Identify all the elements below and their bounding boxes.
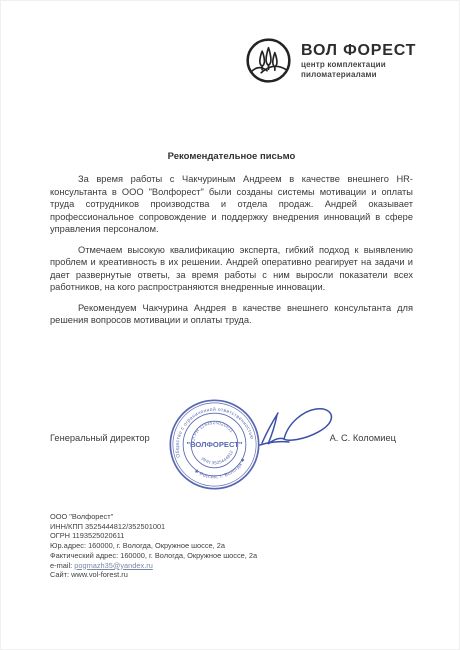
director-name: А. С. Коломиец [330, 433, 396, 443]
footer-ogrn: ОГРН 1193525020611 [50, 531, 257, 541]
trees-circle-icon [245, 37, 292, 84]
footer-site-label: Сайт: [50, 570, 71, 579]
logo-name: ВОЛ ФОРЕСТ [301, 42, 416, 60]
letter-paragraph-3: Рекомендуем Чакчурина Андрея в качестве … [50, 302, 413, 327]
letter-body: Рекомендательное письмо За время работы … [50, 151, 413, 335]
company-logo: ВОЛ ФОРЕСТ центр комплектации пиломатери… [245, 37, 416, 84]
company-stamp: Общество с ограниченной ответственностью… [167, 397, 262, 492]
logo-subtitle-line1: центр комплектации [301, 60, 416, 70]
email-link[interactable]: pogmazh35@yandex.ru [74, 561, 153, 570]
logo-subtitle-line2: пиломатериалами [301, 70, 416, 80]
stamp-center-text: "ВОЛФОРЕСТ" [187, 440, 243, 449]
director-position-label: Генеральный директор [50, 433, 150, 443]
letter-title: Рекомендательное письмо [50, 151, 413, 162]
letter-paragraph-1: За время работы с Чакчуриным Андреем в к… [50, 173, 413, 236]
letter-paragraph-2: Отмечаем высокую квалификацию эксперта, … [50, 244, 413, 294]
footer-email-label: e-mail: [50, 561, 74, 570]
footer-requisites: ООО "Волфорест" ИНН/КПП 3525444812/35250… [50, 512, 257, 580]
footer-legal-address: Юр.адрес: 160000, г. Вологда, Окружное ш… [50, 541, 257, 551]
footer-company: ООО "Волфорест" [50, 512, 257, 522]
footer-site-value: www.vol-forest.ru [71, 570, 128, 579]
footer-actual-address: Фактический адрес: 160000, г. Вологда, О… [50, 551, 257, 561]
handwritten-signature [255, 401, 337, 451]
document-page: ВОЛ ФОРЕСТ центр комплектации пиломатери… [0, 0, 460, 650]
footer-email-row: e-mail: pogmazh35@yandex.ru [50, 561, 257, 571]
footer-inn-kpp: ИНН/КПП 3525444812/352501001 [50, 522, 257, 532]
footer-site-row: Сайт: www.vol-forest.ru [50, 570, 257, 580]
